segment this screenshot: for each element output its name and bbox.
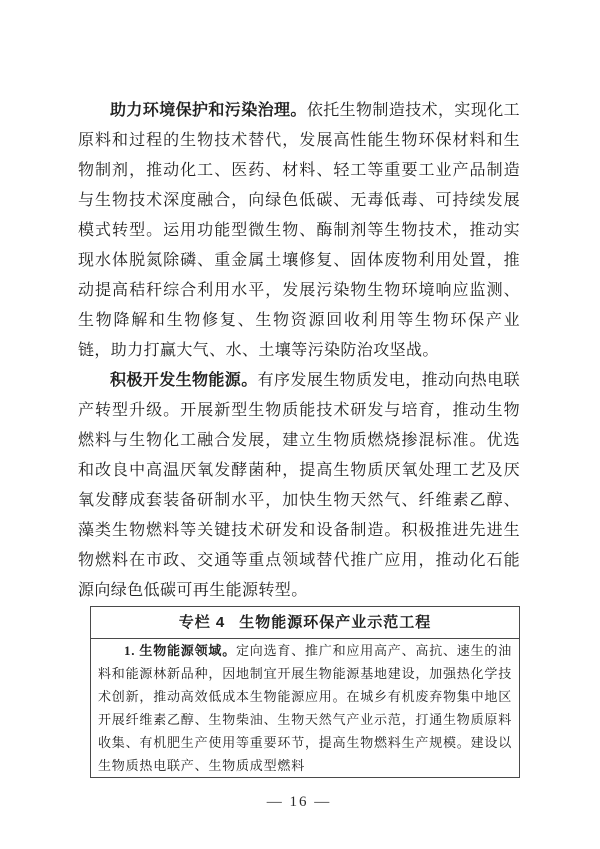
column-box-label: 专栏 4 [179,614,226,631]
paragraph-lead-bio-energy: 积极开发生物能源。 [110,372,258,389]
column-box-item-lead: 1. 生物能源领域。 [124,643,236,658]
column-box-item: 1. 生物能源领域。定向选育、推广和应用高产、高抗、速生的油料和能源林新品种，因… [98,639,512,777]
column-box-item-body: 定向选育、推广和应用高产、高抗、速生的油料和能源林新品种，因地制宜开展生物能源基… [98,643,512,773]
special-column-box: 专栏 4生物能源环保产业示范工程 1. 生物能源领域。定向选育、推广和应用高产、… [90,606,520,778]
paragraph-lead-environment: 助力环境保护和污染治理。 [110,102,307,119]
page-number: — 16 — [78,794,520,811]
paragraph-bio-energy: 积极开发生物能源。有序发展生物质发电，推动向热电联产转型升级。开展新型生物质能技… [78,366,520,606]
paragraph-body-bio-energy: 有序发展生物质发电，推动向热电联产转型升级。开展新型生物质能技术研发与培育，推动… [78,372,520,599]
column-box-title: 生物能源环保产业示范工程 [239,614,431,631]
paragraph-body-environment: 依托生物制造技术，实现化工原料和过程的生物技术替代，发展高性能生物环保材料和生物… [78,102,520,359]
paragraph-environment-protection: 助力环境保护和污染治理。依托生物制造技术，实现化工原料和过程的生物技术替代，发展… [78,96,520,366]
column-box-body: 1. 生物能源领域。定向选育、推广和应用高产、高抗、速生的油料和能源林新品种，因… [91,639,519,777]
column-box-header: 专栏 4生物能源环保产业示范工程 [91,607,519,639]
document-page: 助力环境保护和污染治理。依托生物制造技术，实现化工原料和过程的生物技术替代，发展… [0,0,600,849]
